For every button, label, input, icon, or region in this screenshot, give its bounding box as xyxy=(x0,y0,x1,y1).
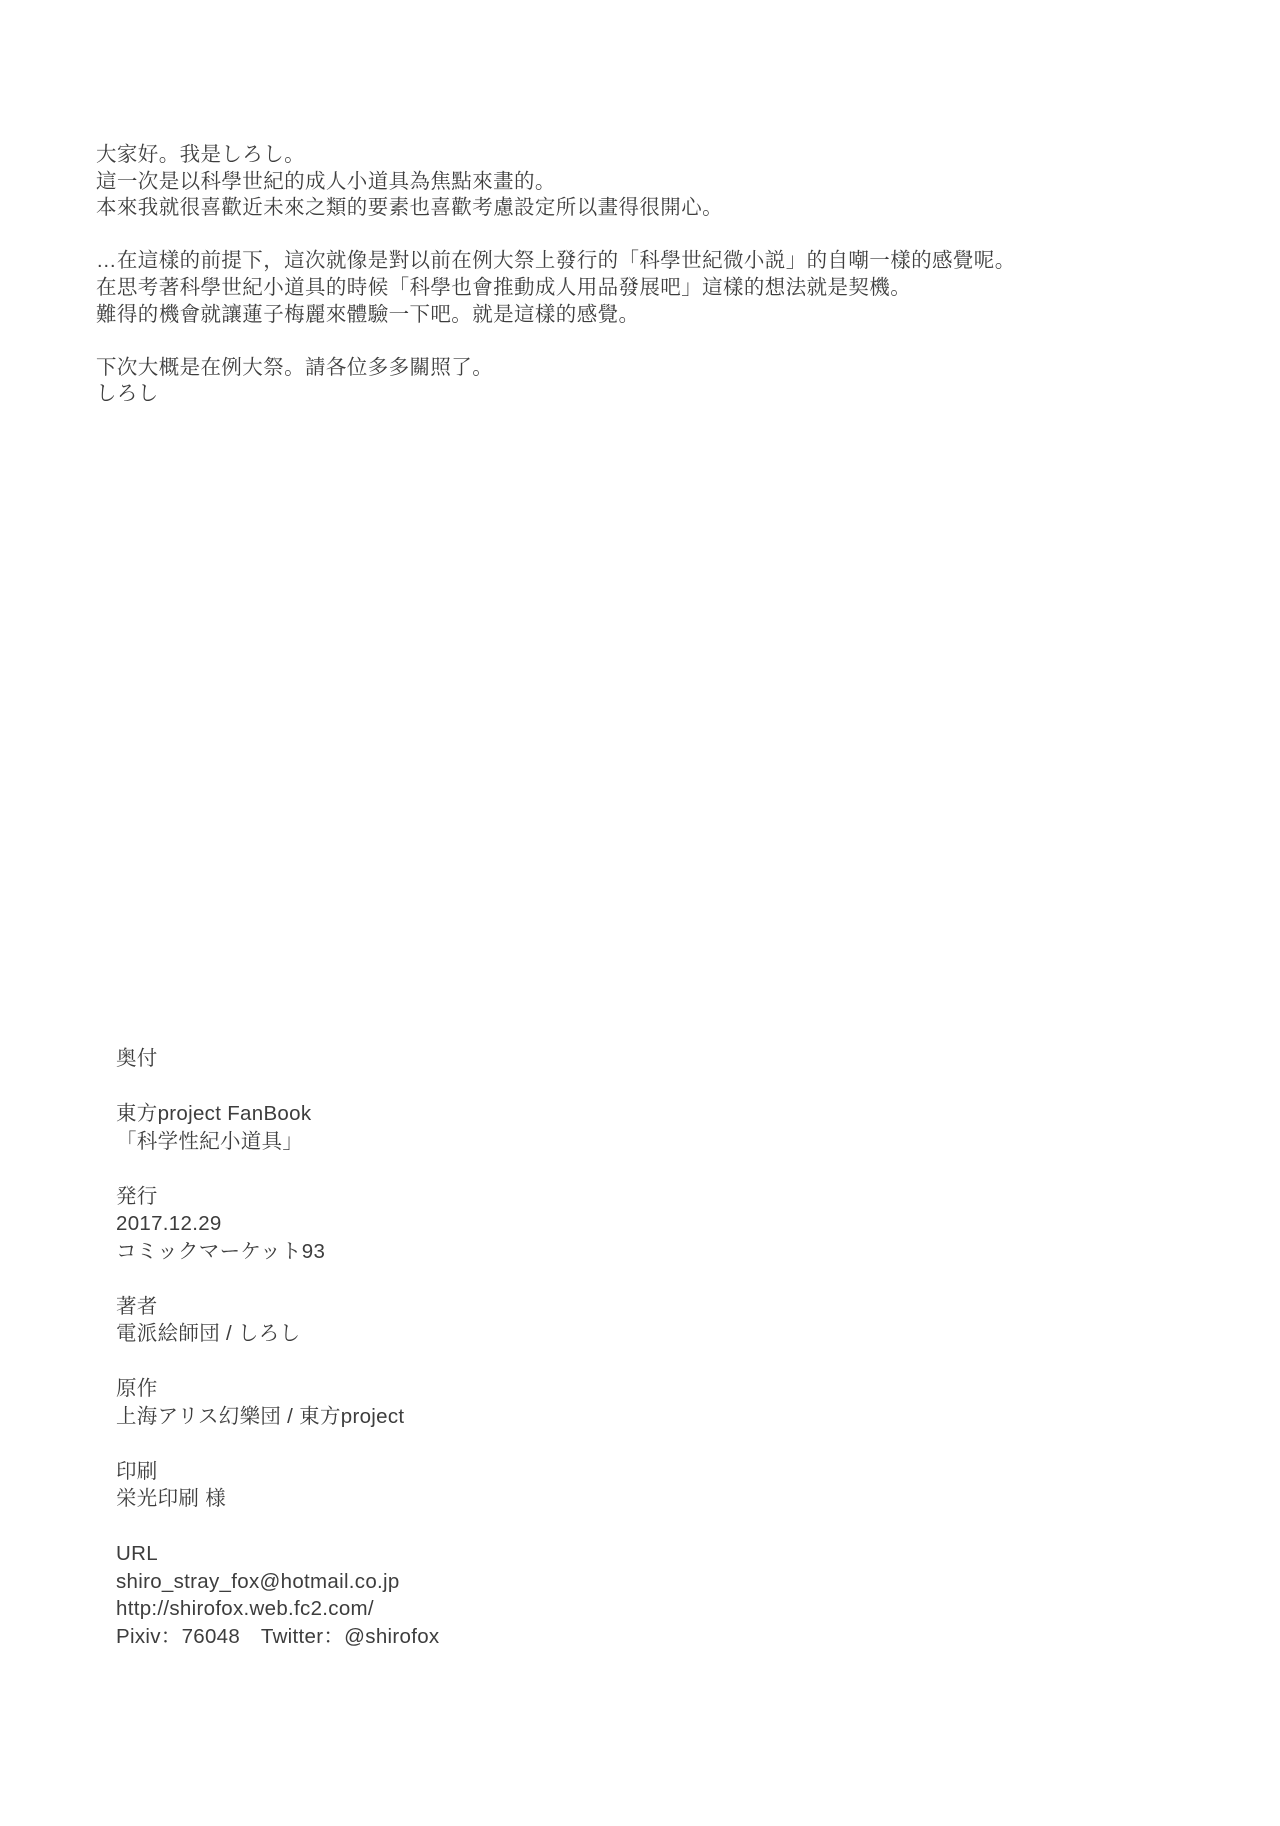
colophon-contact-group: URL shiro_stray_fox@hotmail.co.jp http:/… xyxy=(116,1540,1016,1650)
afterword-text-block: 大家好。我是しろし。 這一次是以科學世紀的成人小道具為焦點來畫的。 本來我就很喜… xyxy=(96,142,1196,408)
colophon-heading-group: 奥付 xyxy=(116,1045,1016,1073)
printing-value: 栄光印刷 様 xyxy=(116,1485,1016,1513)
afterword-line: 本來我就很喜歡近未來之類的要素也喜歡考慮設定所以畫得很開心。 xyxy=(96,195,1196,222)
colophon-author-group: 著者 電派絵師団 / しろし xyxy=(116,1293,1016,1348)
colophon-block: 奥付 東方project FanBook 「科学性紀小道具」 発行 2017.1… xyxy=(116,1045,1016,1650)
contact-website: http://shirofox.web.fc2.com/ xyxy=(116,1595,1016,1623)
contact-email: shiro_stray_fox@hotmail.co.jp xyxy=(116,1568,1016,1596)
colophon-printing-group: 印刷 栄光印刷 様 xyxy=(116,1458,1016,1513)
author-label: 著者 xyxy=(116,1293,1016,1321)
afterword-line: 下次大概是在例大祭。請各位多多關照了。 xyxy=(96,355,1196,382)
colophon-heading: 奥付 xyxy=(116,1045,1016,1073)
author-signature: しろし xyxy=(96,381,1196,408)
scanned-afterword-page: 大家好。我是しろし。 這一次是以科學世紀的成人小道具為焦點來畫的。 本來我就很喜… xyxy=(0,0,1280,1826)
afterword-paragraph-greeting: 大家好。我是しろし。 這一次是以科學世紀的成人小道具為焦點來畫的。 本來我就很喜… xyxy=(96,142,1196,222)
publication-label: 発行 xyxy=(116,1183,1016,1211)
original-work-value: 上海アリス幻樂団 / 東方project xyxy=(116,1403,1016,1431)
afterword-paragraph-concept: …在這樣的前提下，這次就像是對以前在例大祭上發行的「科學世紀微小説」的自嘲一樣的… xyxy=(96,248,1196,328)
book-title: 「科学性紀小道具」 xyxy=(116,1128,1016,1156)
contact-social: Pixiv：76048 Twitter：@shirofox xyxy=(116,1623,1016,1651)
afterword-paragraph-closing: 下次大概是在例大祭。請各位多多關照了。 しろし xyxy=(96,355,1196,408)
afterword-line: 大家好。我是しろし。 xyxy=(96,142,1196,169)
original-work-label: 原作 xyxy=(116,1375,1016,1403)
colophon-book-group: 東方project FanBook 「科学性紀小道具」 xyxy=(116,1100,1016,1155)
publication-event: コミックマーケット93 xyxy=(116,1238,1016,1266)
printing-label: 印刷 xyxy=(116,1458,1016,1486)
afterword-line: 這一次是以科學世紀的成人小道具為焦點來畫的。 xyxy=(96,169,1196,196)
colophon-original-group: 原作 上海アリス幻樂団 / 東方project xyxy=(116,1375,1016,1430)
colophon-publication-group: 発行 2017.12.29 コミックマーケット93 xyxy=(116,1183,1016,1266)
url-label: URL xyxy=(116,1540,1016,1568)
afterword-line: 在思考著科學世紀小道具的時候「科學也會推動成人用品發展吧」這樣的想法就是契機。 xyxy=(96,275,1196,302)
afterword-line: …在這樣的前提下，這次就像是對以前在例大祭上發行的「科學世紀微小説」的自嘲一樣的… xyxy=(96,248,1196,275)
author-value: 電派絵師団 / しろし xyxy=(116,1320,1016,1348)
publication-date: 2017.12.29 xyxy=(116,1210,1016,1238)
afterword-line: 難得的機會就讓蓮子梅麗來體驗一下吧。就是這樣的感覺。 xyxy=(96,302,1196,329)
book-series: 東方project FanBook xyxy=(116,1100,1016,1128)
